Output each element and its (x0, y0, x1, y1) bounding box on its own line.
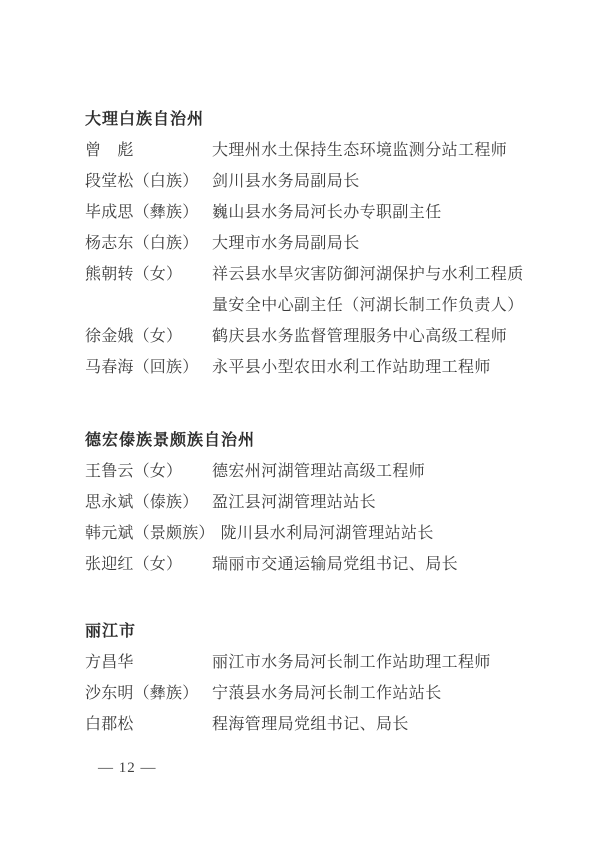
list-item: 杨志东（白族） 大理市水务局副局长 (85, 228, 530, 259)
person-name: 白郡松 (85, 709, 206, 740)
list-item: 方昌华 丽江市水务局河长制工作站助理工程师 (85, 647, 530, 678)
list-item: 白郡松 程海管理局党组书记、局长 (85, 709, 530, 740)
list-item: 思永斌（傣族） 盈江县河湖管理站站长 (85, 487, 530, 518)
person-title: 永平县小型农田水利工作站助理工程师 (212, 352, 491, 383)
person-name: 杨志东（白族） (85, 228, 206, 259)
list-item: 沙东明（彝族） 宁蒗县水务局河长制工作站站长 (85, 678, 530, 709)
person-name: 毕成思（彝族） (85, 197, 206, 228)
person-name: 熊朝转（女） (85, 259, 206, 290)
person-title: 德宏州河湖管理站高级工程师 (212, 456, 425, 487)
person-title: 宁蒗县水务局河长制工作站站长 (212, 678, 442, 709)
person-name: 方昌华 (85, 647, 206, 678)
list-item: 张迎红（女） 瑞丽市交通运输局党组书记、局长 (85, 549, 530, 580)
person-title: 剑川县水务局副局长 (212, 166, 360, 197)
person-name: 曾 彪 (85, 135, 206, 166)
person-name: 沙东明（彝族） (85, 678, 206, 709)
person-name: 思永斌（傣族） (85, 487, 206, 518)
person-name: 韩元斌（景颇族） (85, 518, 215, 549)
document-page: 大理白族自治州 曾 彪 大理州水土保持生态环境监测分站工程师 段堂松（白族） 剑… (0, 0, 600, 849)
list-item: 韩元斌（景颇族） 陇川县水利局河湖管理站站长 (85, 518, 530, 549)
person-name: 王鲁云（女） (85, 456, 206, 487)
person-name: 段堂松（白族） (85, 166, 206, 197)
section-lijiang: 丽江市 方昌华 丽江市水务局河长制工作站助理工程师 沙东明（彝族） 宁蒗县水务局… (85, 616, 530, 740)
person-title: 祥云县水旱灾害防御河湖保护与水利工程质量安全中心副主任（河湖长制工作负责人） (212, 259, 526, 321)
person-name: 张迎红（女） (85, 549, 206, 580)
person-title: 鹤庆县水务监督管理服务中心高级工程师 (212, 321, 507, 352)
section-heading: 德宏傣族景颇族自治州 (85, 425, 530, 456)
list-item: 王鲁云（女） 德宏州河湖管理站高级工程师 (85, 456, 530, 487)
person-name: 马春海（回族） (85, 352, 206, 383)
person-title: 大理州水土保持生态环境监测分站工程师 (212, 135, 507, 166)
person-title: 丽江市水务局河长制工作站助理工程师 (212, 647, 491, 678)
list-item: 熊朝转（女） 祥云县水旱灾害防御河湖保护与水利工程质量安全中心副主任（河湖长制工… (85, 259, 530, 321)
person-title: 程海管理局党组书记、局长 (212, 709, 409, 740)
person-title: 盈江县河湖管理站站长 (212, 487, 376, 518)
section-heading: 大理白族自治州 (85, 104, 530, 135)
person-title: 陇川县水利局河湖管理站站长 (221, 518, 434, 549)
page-number: — 12 — (98, 758, 530, 778)
person-title: 巍山县水务局河长办专职副主任 (212, 197, 442, 228)
list-item: 徐金娥（女） 鹤庆县水务监督管理服务中心高级工程师 (85, 321, 530, 352)
person-name: 徐金娥（女） (85, 321, 206, 352)
person-title: 大理市水务局副局长 (212, 228, 360, 259)
section-heading: 丽江市 (85, 616, 530, 647)
document-content: 大理白族自治州 曾 彪 大理州水土保持生态环境监测分站工程师 段堂松（白族） 剑… (0, 0, 600, 778)
list-item: 曾 彪 大理州水土保持生态环境监测分站工程师 (85, 135, 530, 166)
section-dali: 大理白族自治州 曾 彪 大理州水土保持生态环境监测分站工程师 段堂松（白族） 剑… (85, 104, 530, 383)
list-item: 段堂松（白族） 剑川县水务局副局长 (85, 166, 530, 197)
person-title: 瑞丽市交通运输局党组书记、局长 (212, 549, 458, 580)
list-item: 毕成思（彝族） 巍山县水务局河长办专职副主任 (85, 197, 530, 228)
list-item: 马春海（回族） 永平县小型农田水利工作站助理工程师 (85, 352, 530, 383)
section-dehong: 德宏傣族景颇族自治州 王鲁云（女） 德宏州河湖管理站高级工程师 思永斌（傣族） … (85, 425, 530, 580)
